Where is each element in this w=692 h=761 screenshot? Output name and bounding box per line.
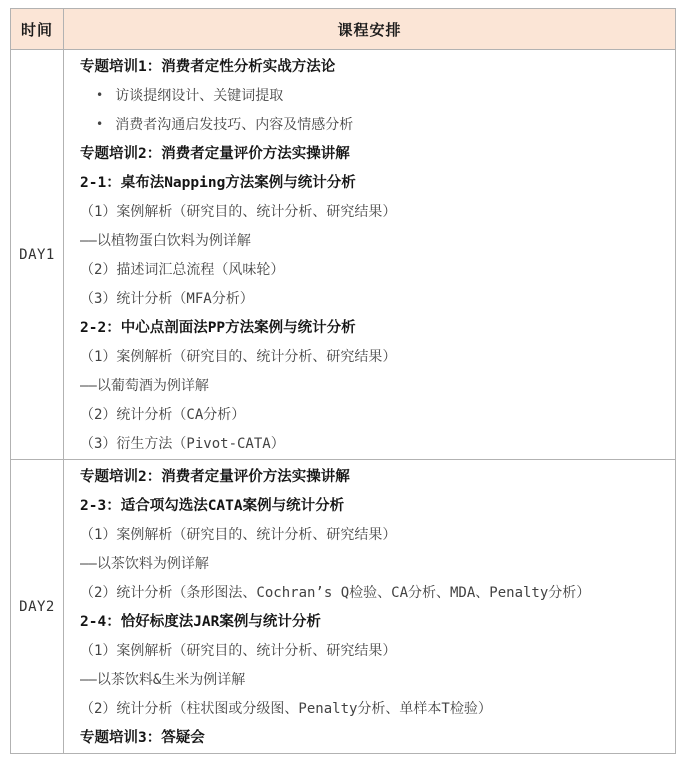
header-cell-schedule: 课程安排 [64, 9, 676, 50]
header-cell-time: 时间 [11, 9, 64, 50]
course-line: ——以茶饮料&生米为例详解 [80, 666, 667, 695]
page: 时间 课程安排 DAY1 专题培训1：消费者定性分析实战方法论•访谈提纲设计、关… [0, 0, 692, 761]
day2-label: DAY2 [11, 460, 64, 754]
course-line: （1）案例解析（研究目的、统计分析、研究结果） [80, 521, 667, 550]
course-line: ——以茶饮料为例详解 [80, 550, 667, 579]
course-line-heading: 专题培训3：答疑会 [80, 724, 667, 753]
course-schedule-table: 时间 课程安排 DAY1 专题培训1：消费者定性分析实战方法论•访谈提纲设计、关… [10, 8, 676, 754]
course-line: •消费者沟通启发技巧、内容及情感分析 [80, 111, 667, 140]
course-line: （3）衍生方法（Pivot-CATA） [80, 430, 667, 459]
course-line: （1）案例解析（研究目的、统计分析、研究结果） [80, 637, 667, 666]
course-line-heading: 专题培训1：消费者定性分析实战方法论 [80, 53, 667, 82]
table-row-day1: DAY1 专题培训1：消费者定性分析实战方法论•访谈提纲设计、关键词提取•消费者… [11, 50, 676, 460]
day1-label: DAY1 [11, 50, 64, 460]
course-schedule-table-wrap: 时间 课程安排 DAY1 专题培训1：消费者定性分析实战方法论•访谈提纲设计、关… [10, 8, 676, 754]
course-line-heading: 2-1：桌布法Napping方法案例与统计分析 [80, 169, 667, 198]
table-row-day2: DAY2 专题培训2：消费者定量评价方法实操讲解2-3：适合项勾选法CATA案例… [11, 460, 676, 754]
header-row: 时间 课程安排 [11, 9, 676, 50]
course-line: （2）统计分析（CA分析） [80, 401, 667, 430]
course-line: （2）统计分析（条形图法、Cochran’s Q检验、CA分析、MDA、Pena… [80, 579, 667, 608]
course-line-text: 消费者沟通启发技巧、内容及情感分析 [115, 117, 353, 133]
day1-content: 专题培训1：消费者定性分析实战方法论•访谈提纲设计、关键词提取•消费者沟通启发技… [64, 50, 676, 460]
course-line-heading: 专题培训2：消费者定量评价方法实操讲解 [80, 463, 667, 492]
course-line: （3）统计分析（MFA分析） [80, 285, 667, 314]
course-line: ——以植物蛋白饮料为例详解 [80, 227, 667, 256]
course-line: ——以葡萄酒为例详解 [80, 372, 667, 401]
course-line: （2）描述词汇总流程（风味轮） [80, 256, 667, 285]
day2-content: 专题培训2：消费者定量评价方法实操讲解2-3：适合项勾选法CATA案例与统计分析… [64, 460, 676, 754]
table-header: 时间 课程安排 [11, 9, 676, 50]
course-line: （1）案例解析（研究目的、统计分析、研究结果） [80, 343, 667, 372]
course-line: （2）统计分析（柱状图或分级图、Penalty分析、单样本T检验） [80, 695, 667, 724]
course-line-text: 访谈提纲设计、关键词提取 [115, 88, 283, 104]
course-line-heading: 2-4：恰好标度法JAR案例与统计分析 [80, 608, 667, 637]
course-line-heading: 2-2：中心点剖面法PP方法案例与统计分析 [80, 314, 667, 343]
course-line-heading: 2-3：适合项勾选法CATA案例与统计分析 [80, 492, 667, 521]
bullet-icon: • [96, 82, 103, 110]
bullet-icon: • [96, 111, 103, 139]
course-line: （1）案例解析（研究目的、统计分析、研究结果） [80, 198, 667, 227]
course-line: •访谈提纲设计、关键词提取 [80, 82, 667, 111]
course-line-heading: 专题培训2：消费者定量评价方法实操讲解 [80, 140, 667, 169]
